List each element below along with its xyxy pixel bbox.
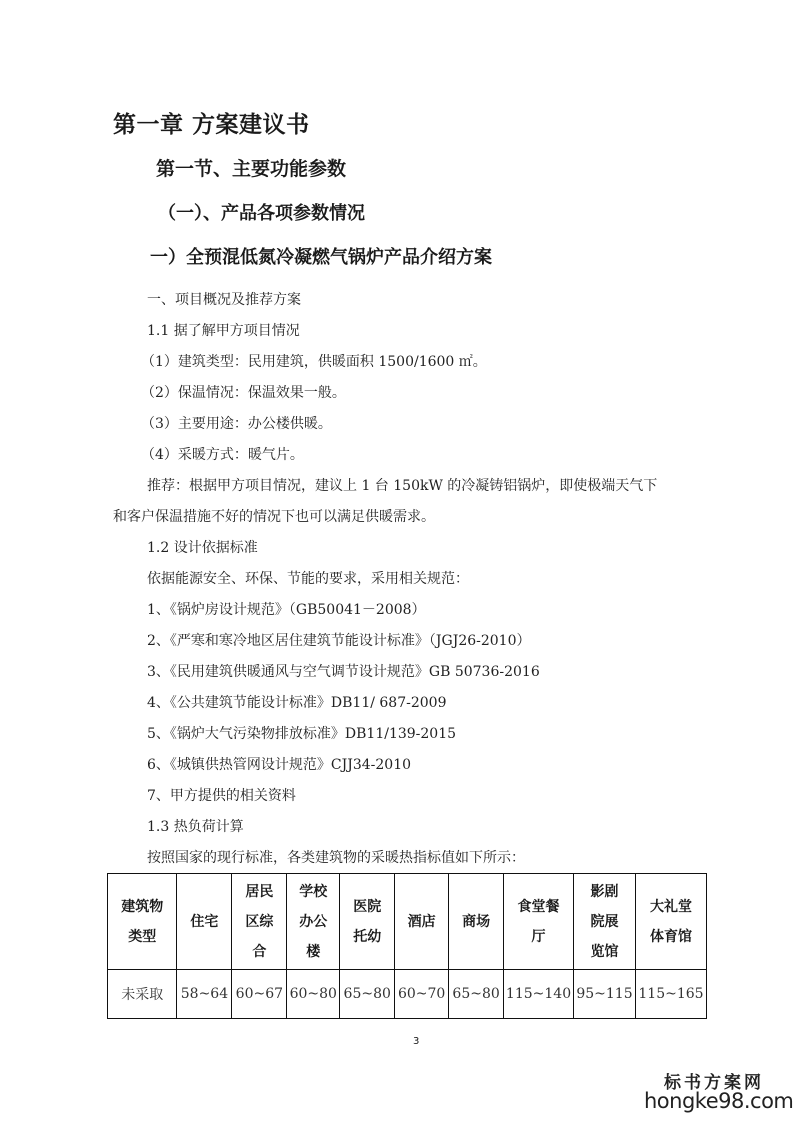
table-cell: 65~80	[340, 970, 395, 1019]
paragraph: 依据能源安全、环保、节能的要求，采用相关规范：	[147, 568, 469, 588]
section-title: 第一节、主要功能参数	[156, 154, 346, 181]
document-page: 第一章 方案建议书 第一节、主要功能参数 （一）、产品各项参数情况 一）全预混低…	[0, 0, 793, 1122]
watermark-url: hongke98.com	[644, 1089, 793, 1113]
table-cell: 95~115	[574, 970, 636, 1019]
paragraph: 1.3 热负荷计算	[147, 816, 244, 836]
paragraph: 7、甲方提供的相关资料	[147, 785, 296, 805]
subsection-title: （一）、产品各项参数情况	[158, 199, 365, 225]
paragraph: 2、《严寒和寒冷地区居住建筑节能设计标准》（JGJ26-2010）	[147, 630, 531, 650]
table-cell: 115~140	[504, 970, 574, 1019]
table-row: 未采取58~6460~6760~8065~8060~7065~80115~140…	[108, 970, 707, 1019]
table-header-cell: 学校 办公 楼	[287, 874, 340, 970]
table-cell: 58~64	[177, 970, 232, 1019]
chapter-title: 第一章 方案建议书	[113, 106, 310, 139]
paragraph: （4）采暖方式：暖气片。	[141, 444, 304, 464]
paragraph: （3）主要用途：办公楼供暖。	[141, 413, 332, 433]
table-header-cell: 影剧 院展 览馆	[574, 874, 636, 970]
table-header-cell: 食堂餐 厅	[504, 874, 574, 970]
paragraph: 1.2 设计依据标准	[147, 537, 258, 557]
table-cell: 60~80	[287, 970, 340, 1019]
table-header-cell: 医院 托幼	[340, 874, 395, 970]
table-header-cell: 酒店	[395, 874, 449, 970]
paragraph: 1、《锅炉房设计规范》（GB50041－2008）	[147, 599, 426, 619]
paragraph: 6、《城镇供热管网设计规范》CJJ34-2010	[147, 754, 411, 774]
paragraph: 4、《公共建筑节能设计标准》DB11/ 687-2009	[147, 692, 446, 712]
paragraph: 3、《民用建筑供暖通风与空气调节设计规范》GB 50736-2016	[147, 661, 540, 681]
paragraph: （1）建筑类型：民用建筑，供暖面积 1500/1600 ㎡。	[141, 351, 487, 371]
table-cell: 未采取	[108, 970, 177, 1019]
table-cell: 60~67	[232, 970, 287, 1019]
table-header-cell: 住宅	[177, 874, 232, 970]
paragraph: 一、项目概况及推荐方案	[147, 289, 301, 309]
table-cell: 60~70	[395, 970, 449, 1019]
table-cell: 115~165	[635, 970, 706, 1019]
table-cell: 65~80	[449, 970, 504, 1019]
paragraph: 和客户保温措施不好的情况下也可以满足供暖需求。	[113, 506, 435, 526]
paragraph: 5、《锅炉大气污染物排放标准》DB11/139-2015	[147, 723, 456, 743]
paragraph: （2）保温情况：保温效果一般。	[141, 382, 346, 402]
table-header-cell: 居民 区综 合	[232, 874, 287, 970]
heating-index-table: 建筑物 类型住宅居民 区综 合学校 办公 楼医院 托幼酒店商场食堂餐 厅影剧 院…	[107, 873, 707, 1019]
paragraph: 1.1 据了解甲方项目情况	[147, 320, 300, 340]
paragraph: 推荐：根据甲方项目情况，建议上 1 台 150kW 的冷凝铸铝锅炉，即使极端天气…	[147, 475, 657, 495]
page-number: 3	[413, 1036, 419, 1047]
table-header-cell: 商场	[449, 874, 504, 970]
product-title: 一）全预混低氮冷凝燃气锅炉产品介绍方案	[150, 243, 492, 269]
table-header-row: 建筑物 类型住宅居民 区综 合学校 办公 楼医院 托幼酒店商场食堂餐 厅影剧 院…	[108, 874, 707, 970]
table-header-cell: 大礼堂 体育馆	[635, 874, 706, 970]
table-header-cell: 建筑物 类型	[108, 874, 177, 970]
paragraph: 按照国家的现行标准，各类建筑物的采暖热指标值如下所示：	[147, 847, 525, 867]
